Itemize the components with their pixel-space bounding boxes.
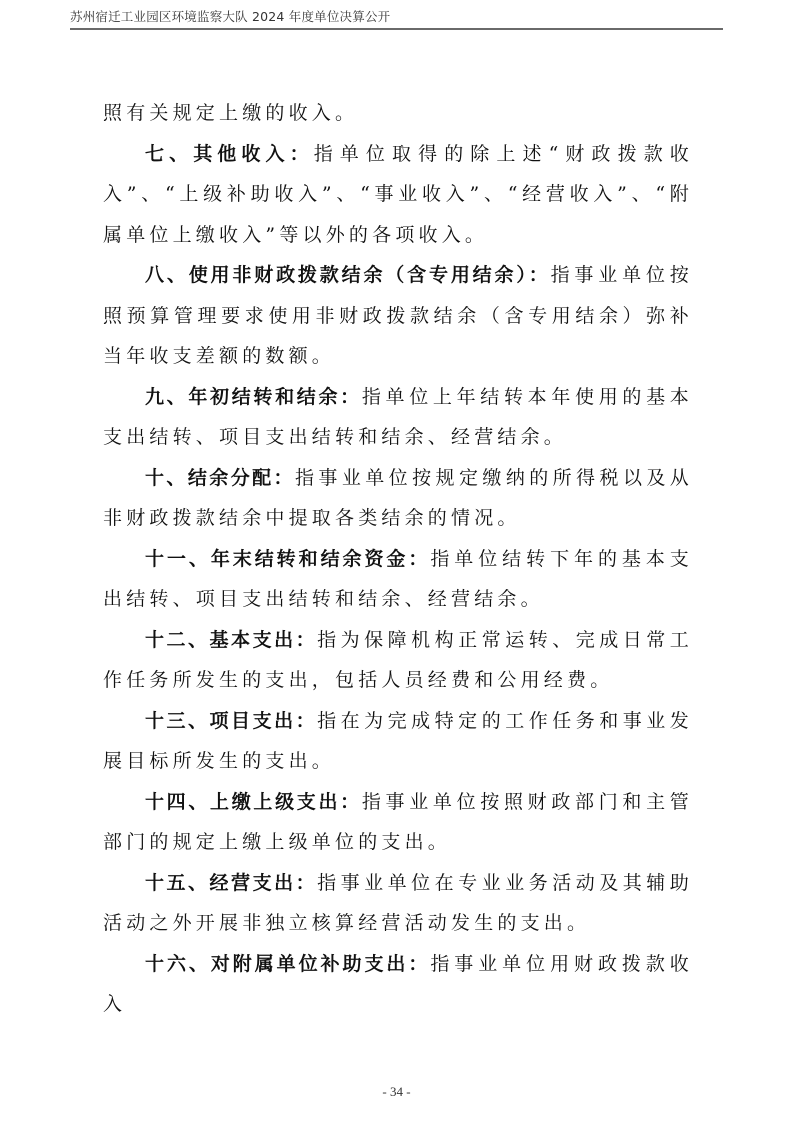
definition-year-end-carryover: 十一、年末结转和结余资金：指单位结转下年的基本支出结转、项目支出结转和结余、经营… xyxy=(103,539,693,620)
definition-remittance-to-superior: 十四、上缴上级支出：指事业单位按照财政部门和主管部门的规定上缴上级单位的支出。 xyxy=(103,782,693,863)
definition-term: 十一、年末结转和结余资金： xyxy=(145,548,430,570)
definition-surplus-distribution: 十、结余分配：指事业单位按规定缴纳的所得税以及从非财政拨款结余中提取各类结余的情… xyxy=(103,458,693,539)
definition-other-income: 七、其他收入：指单位取得的除上述“财政拨款收入”、“上级补助收入”、“事业收入”… xyxy=(103,134,693,256)
paragraph-continuation: 照有关规定上缴的收入。 xyxy=(103,93,693,134)
definition-basic-expenditure: 十二、基本支出：指为保障机构正常运转、完成日常工作任务所发生的支出，包括人员经费… xyxy=(103,620,693,701)
definition-operating-expenditure: 十五、经营支出：指事业单位在专业业务活动及其辅助活动之外开展非独立核算经营活动发… xyxy=(103,863,693,944)
definition-term: 十三、项目支出： xyxy=(145,710,317,732)
document-header-title: 苏州宿迁工业园区环境监察大队 2024 年度单位决算公开 xyxy=(70,8,723,26)
definition-project-expenditure: 十三、项目支出：指在为完成特定的工作任务和事业发展目标所发生的支出。 xyxy=(103,701,693,782)
definition-term: 十、结余分配： xyxy=(145,467,295,489)
definition-term: 十四、上缴上级支出： xyxy=(145,791,362,813)
definition-term: 九、年初结转和结余： xyxy=(145,386,362,408)
header-divider xyxy=(70,28,723,30)
page-number: - 34 - xyxy=(0,1084,793,1100)
definition-term: 八、使用非财政拨款结余（含专用结余）： xyxy=(145,264,551,286)
definition-term: 十二、基本支出： xyxy=(145,629,317,651)
definition-term: 七、其他收入： xyxy=(145,143,314,165)
document-body: 照有关规定上缴的收入。 七、其他收入：指单位取得的除上述“财政拨款收入”、“上级… xyxy=(103,93,693,1025)
definition-term: 十五、经营支出： xyxy=(145,872,317,894)
definition-term: 十六、对附属单位补助支出： xyxy=(145,953,430,975)
paragraph-text: 照有关规定上缴的收入。 xyxy=(103,102,358,124)
definition-subsidiary-subsidy: 十六、对附属单位补助支出：指事业单位用财政拨款收入 xyxy=(103,944,693,1025)
page-header: 苏州宿迁工业园区环境监察大队 2024 年度单位决算公开 xyxy=(70,8,723,26)
definition-non-fiscal-surplus-use: 八、使用非财政拨款结余（含专用结余）：指事业单位按照预算管理要求使用非财政拨款结… xyxy=(103,255,693,377)
definition-beginning-carryover: 九、年初结转和结余：指单位上年结转本年使用的基本支出结转、项目支出结转和结余、经… xyxy=(103,377,693,458)
